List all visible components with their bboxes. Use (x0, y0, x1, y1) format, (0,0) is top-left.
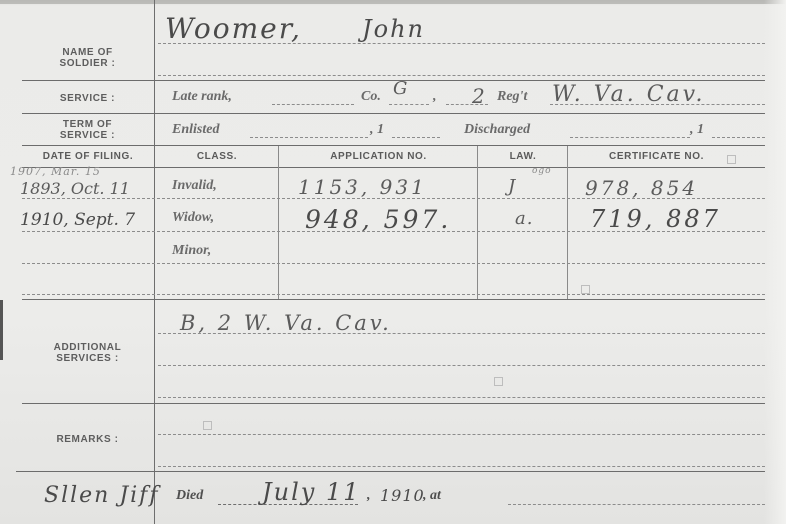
label-column-divider (154, 0, 155, 524)
died-year-sep: , (367, 488, 371, 504)
regiment-label: Reg't (497, 89, 527, 105)
company-value: G (393, 78, 408, 99)
company-line (389, 104, 429, 105)
soldier-given-name: John (362, 15, 425, 43)
header-application-no: APPLICATION NO. (280, 151, 477, 162)
filing-annotation: 1907, Mar. 15 (10, 165, 101, 178)
remarks-line-1 (158, 434, 765, 435)
additional-line-2 (158, 365, 765, 366)
regiment-number: 2 (472, 84, 486, 108)
rule-table-bottom (22, 299, 765, 300)
row4-line (22, 294, 765, 295)
name-of-soldier-label: NAME OF SOLDIER : (40, 47, 135, 69)
scan-mark (494, 377, 503, 386)
died-date: July 11 (262, 478, 360, 506)
scan-right-edge (764, 0, 786, 524)
discharged-line (570, 137, 690, 138)
row2-certificate: 719, 887 (590, 205, 721, 233)
rule-service-bottom (22, 113, 765, 114)
additional-service-1: B, 2 W. Va. Cav. (180, 311, 392, 335)
pension-index-card: NAME OF SOLDIER : Woomer, John SERVICE :… (0, 0, 786, 524)
additional-services-label: ADDITIONAL SERVICES : (40, 342, 135, 364)
died-year: 1910 (380, 486, 425, 505)
row3-class: Minor, (172, 243, 211, 259)
scan-mark (203, 421, 212, 430)
rule-additional-bottom (22, 403, 765, 404)
additional-line-3 (158, 397, 765, 398)
divider-class-application (278, 146, 279, 300)
footer-note: Sllen Jiff (44, 483, 159, 508)
row1-application: 1153, 931 (298, 175, 427, 199)
scan-mark (727, 155, 736, 164)
rule-term-bottom (22, 145, 765, 146)
header-certificate-no: CERTIFICATE NO. (569, 151, 744, 162)
discharged-label: Discharged (464, 122, 530, 138)
rule-table-header (22, 167, 765, 168)
discharged-year-line (712, 137, 765, 138)
row2-line (22, 231, 765, 232)
service-label: SERVICE : (40, 93, 135, 104)
row2-date: 1910, Sept. 7 (20, 210, 135, 230)
discharged-year: , 1 (690, 122, 704, 138)
company-comma: , (433, 89, 437, 105)
remarks-label: REMARKS : (40, 434, 135, 445)
row1-law: J (508, 176, 516, 197)
divider-law-certificate (567, 146, 568, 300)
rank-line (272, 104, 354, 105)
enlisted-year: , 1 (370, 122, 384, 138)
additional-line-1 (158, 333, 765, 334)
enlisted-label: Enlisted (172, 122, 219, 138)
row3-line (22, 263, 765, 264)
row1-date: 1893, Oct. 11 (20, 179, 130, 198)
row2-law: a. (515, 208, 533, 229)
row1-certificate: 978, 854 (585, 176, 698, 200)
scan-top-shadow (0, 0, 786, 4)
at-label: , at (423, 488, 441, 504)
died-place-line (508, 504, 765, 505)
header-date-of-filing: DATE OF FILING. (22, 151, 154, 162)
died-label: Died (176, 488, 203, 504)
term-of-service-label: TERM OF SERVICE : (40, 119, 135, 141)
header-law: LAW. (479, 151, 567, 162)
late-rank-label: Late rank, (172, 89, 232, 105)
scan-mark (581, 285, 590, 294)
soldier-surname: Woomer, (165, 12, 302, 45)
divider-application-law (477, 146, 478, 300)
row2-application: 948, 597. (305, 205, 451, 234)
company-label: Co. (361, 89, 381, 105)
name-line-1 (158, 43, 765, 44)
row1-class: Invalid, (172, 178, 217, 194)
name-line-2 (158, 75, 765, 76)
law-annotation: ogo (532, 166, 552, 176)
remarks-line-2 (158, 466, 765, 467)
regiment-line (550, 104, 765, 105)
header-class: CLASS. (156, 151, 278, 162)
row1-line (22, 198, 765, 199)
enlisted-year-line (392, 137, 440, 138)
enlisted-line (250, 137, 368, 138)
row2-class: Widow, (172, 210, 214, 226)
scan-left-edge (0, 300, 3, 360)
rule-remarks-bottom (16, 471, 765, 472)
